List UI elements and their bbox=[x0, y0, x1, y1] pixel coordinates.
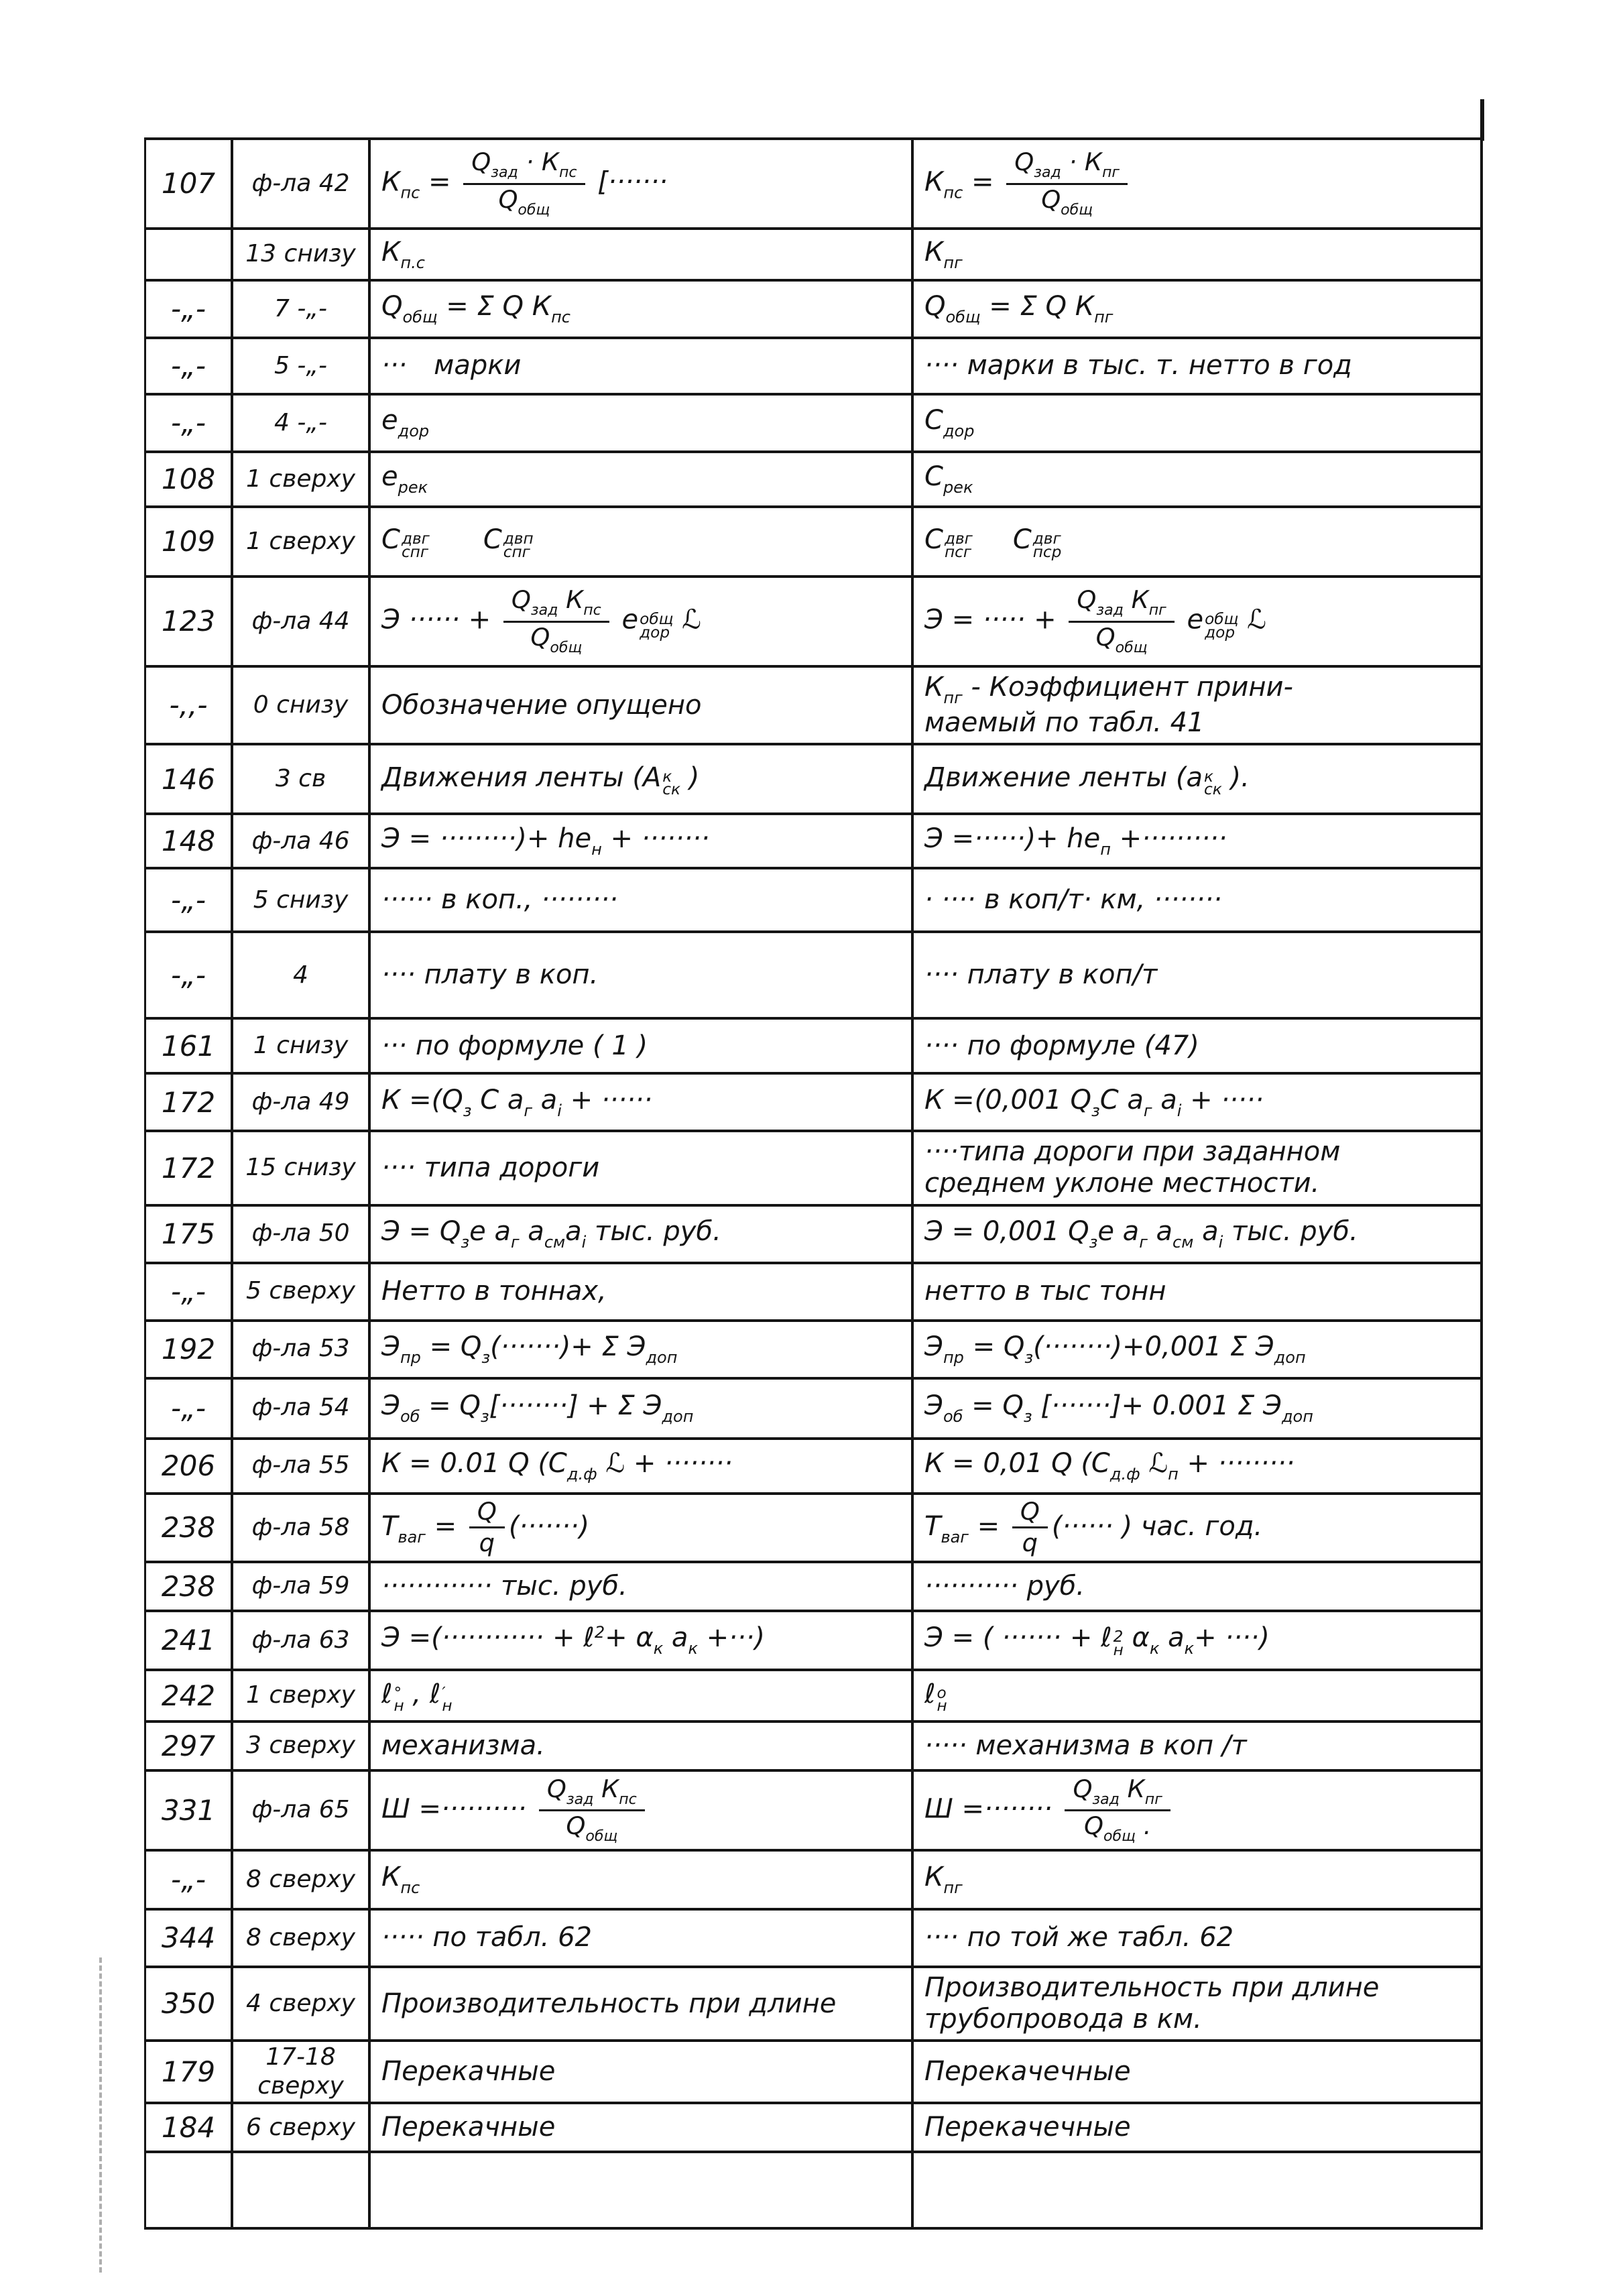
page-cell: 109 bbox=[146, 508, 233, 575]
line-cell-text: ф-ла 54 bbox=[251, 1394, 349, 1422]
printed-cell-text: Перекачные bbox=[381, 2112, 555, 2143]
page-cell-text: 241 bbox=[162, 1624, 215, 1657]
corrected-cell-text: ····· механизма в коп /т bbox=[924, 1730, 1247, 1762]
corrected-cell-text: Эпр = Qз(········)+0,001 Σ Эдоп bbox=[924, 1331, 1306, 1367]
printed-cell-text: Э =(············ + ℓ2+ αк ак +···) bbox=[381, 1622, 765, 1658]
printed-cell-text: Кпс bbox=[381, 1862, 420, 1897]
line-cell: ф-ла 42 bbox=[233, 140, 371, 227]
corrected-cell: Перекачечные bbox=[914, 2104, 1480, 2151]
corrected-cell: Qобщ = Σ Q Кпг bbox=[914, 282, 1480, 337]
line-cell: 7 -„- bbox=[233, 282, 371, 337]
corrected-cell: ····типа дороги при заданном среднем укл… bbox=[914, 1132, 1480, 1203]
line-cell: ф-ла 50 bbox=[233, 1207, 371, 1262]
page-cell: 148 bbox=[146, 815, 233, 867]
corrected-cell-text: Перекачечные bbox=[924, 2112, 1131, 2143]
corrected-cell: Производительность при длине трубопровод… bbox=[914, 1968, 1480, 2039]
page-cell-text: 192 bbox=[162, 1333, 215, 1366]
corrected-cell bbox=[914, 2153, 1480, 2227]
table-row: 1846 сверхуПерекачныеПерекачечные bbox=[146, 2102, 1480, 2151]
corrected-cell: · ···· в коп/т· км, ········ bbox=[914, 869, 1480, 930]
line-cell-text: ф-ла 42 bbox=[251, 170, 349, 198]
line-cell bbox=[233, 2153, 371, 2227]
line-cell-text: 4 сверху bbox=[246, 1990, 355, 2018]
table-row: 1081 сверхуерекСрек bbox=[146, 450, 1480, 505]
corrected-cell: Движение ленты (акск ). bbox=[914, 745, 1480, 812]
errata-table: 107ф-ла 42Кпс = Qзад · КпсQобщ [·······К… bbox=[144, 137, 1483, 2230]
page-cell-text: 297 bbox=[162, 1730, 215, 1763]
line-cell-text: ф-ла 49 bbox=[251, 1088, 349, 1116]
printed-cell: Эоб = Qз[········] + Σ Эдоп bbox=[371, 1380, 914, 1437]
page-cell-text: 172 bbox=[162, 1086, 215, 1120]
corrected-cell-text: Э = ····· + Qзад КпгQобщ еобщдор ℒ bbox=[924, 587, 1266, 655]
printed-cell bbox=[371, 2153, 914, 2227]
page-cell-text: 175 bbox=[162, 1217, 215, 1251]
table-row: 3448 сверху····· по табл. 62···· по той … bbox=[146, 1908, 1480, 1966]
line-cell-text: 5 -„- bbox=[274, 352, 327, 380]
printed-cell-text: Ш =·········· Qзад КпсQобщ bbox=[381, 1776, 649, 1844]
line-cell: ф-ла 46 bbox=[233, 815, 371, 867]
page-cell: 172 bbox=[146, 1132, 233, 1203]
printed-cell-text: Кп.с bbox=[381, 237, 425, 272]
printed-cell: ······ в коп., ········· bbox=[371, 869, 914, 930]
table-row: 2973 сверхумеханизма.····· механизма в к… bbox=[146, 1720, 1480, 1769]
printed-cell-text: ··· марки bbox=[381, 350, 521, 381]
page-cell: -„- bbox=[146, 396, 233, 450]
corrected-cell: Кпг bbox=[914, 1852, 1480, 1908]
line-cell: 4 -„- bbox=[233, 396, 371, 450]
page-cell-text: 108 bbox=[162, 463, 215, 496]
printed-cell: механизма. bbox=[371, 1723, 914, 1769]
corrected-cell: Э = ····· + Qзад КпгQобщ еобщдор ℒ bbox=[914, 578, 1480, 665]
table-row: -„-ф-ла 54Эоб = Qз[········] + Σ ЭдопЭоб… bbox=[146, 1377, 1480, 1437]
printed-cell: Сдвгспг Сдвпспг bbox=[371, 508, 914, 575]
page-cell-text: 179 bbox=[162, 2055, 215, 2089]
line-cell: ф-ла 53 bbox=[233, 1322, 371, 1377]
corrected-cell: Сдор bbox=[914, 396, 1480, 450]
line-cell-text: ф-ла 46 bbox=[251, 827, 349, 855]
page-cell-text: -„- bbox=[171, 1392, 206, 1425]
corrected-cell-text: Производительность при длине трубопровод… bbox=[924, 1972, 1379, 2035]
page-cell-text: 206 bbox=[162, 1449, 215, 1483]
table-row: 238ф-ла 58Тваг = Qq(·······)Тваг = Qq(··… bbox=[146, 1492, 1480, 1561]
page-cell: 241 bbox=[146, 1612, 233, 1669]
line-cell: 3 св bbox=[233, 745, 371, 812]
printed-cell-text: ℓ°н , ℓ′н bbox=[381, 1679, 453, 1713]
page-cell-text: 238 bbox=[162, 1511, 215, 1545]
printed-cell: Эпр = Qз(·······)+ Σ Эдоп bbox=[371, 1322, 914, 1377]
page-cell: 242 bbox=[146, 1671, 233, 1720]
line-cell: 1 сверху bbox=[233, 453, 371, 505]
table-row: 17215 снизу···· типа дороги····типа доро… bbox=[146, 1130, 1480, 1203]
printed-cell-text: Эпр = Qз(·······)+ Σ Эдоп bbox=[381, 1331, 677, 1367]
corrected-cell: К = 0,01 Q (Сд.ф ℒп + ········· bbox=[914, 1440, 1480, 1492]
table-row: 172ф-ла 49К =(Qз С аг аi + ······К =(0,0… bbox=[146, 1072, 1480, 1130]
page-cell-text: 184 bbox=[162, 2111, 215, 2144]
printed-cell: Перекачные bbox=[371, 2104, 914, 2151]
page-cell: 179 bbox=[146, 2042, 233, 2102]
line-cell: ф-ла 65 bbox=[233, 1772, 371, 1849]
line-cell: 1 сверху bbox=[233, 508, 371, 575]
printed-cell-text: Эоб = Qз[········] + Σ Эдоп bbox=[381, 1390, 693, 1426]
corrected-cell-text: ··········· руб. bbox=[924, 1571, 1085, 1602]
corrected-cell-text: ···· марки в тыс. т. нетто в год bbox=[924, 350, 1352, 381]
corrected-cell: ···· по той же табл. 62 bbox=[914, 1911, 1480, 1966]
corrected-cell-text: Qобщ = Σ Q Кпг bbox=[924, 291, 1113, 326]
printed-cell: Кпс bbox=[371, 1852, 914, 1908]
scanned-errata-page: 107ф-ла 42Кпс = Qзад · КпсQобщ [·······К… bbox=[0, 0, 1623, 2296]
printed-cell: Тваг = Qq(·······) bbox=[371, 1495, 914, 1561]
line-cell-text: 4 -„- bbox=[274, 409, 327, 437]
table-row: -„-5 сверхуНетто в тоннах,нетто в тыс то… bbox=[146, 1262, 1480, 1319]
page-cell: -„- bbox=[146, 282, 233, 337]
table-row: 241ф-ла 63Э =(············ + ℓ2+ αк ак +… bbox=[146, 1610, 1480, 1669]
printed-cell: Кп.с bbox=[371, 230, 914, 279]
printed-cell-text: Движения ленты (Акск ) bbox=[381, 762, 699, 796]
printed-cell-text: Нетто в тоннах, bbox=[381, 1276, 607, 1307]
printed-cell: ···· плату в коп. bbox=[371, 933, 914, 1017]
table-row: 107ф-ла 42Кпс = Qзад · КпсQобщ [·······К… bbox=[146, 140, 1480, 227]
line-cell: 5 снизу bbox=[233, 869, 371, 930]
table-row: 123ф-ла 44Э ······ + Qзад КпсQобщ еобщдо… bbox=[146, 575, 1480, 665]
page-cell: 146 bbox=[146, 745, 233, 812]
page-cell: -„- bbox=[146, 339, 233, 393]
printed-cell-text: ············· тыс. руб. bbox=[381, 1571, 627, 1602]
corrected-cell-text: Сдор bbox=[924, 405, 974, 440]
corrected-cell-text: Ш =········ Qзад КпгQобщ . bbox=[924, 1776, 1175, 1844]
page-cell-text: -„- bbox=[171, 1275, 206, 1309]
page-cell: -„- bbox=[146, 869, 233, 930]
table-row: 3504 сверхуПроизводительность при длинеП… bbox=[146, 1966, 1480, 2039]
printed-cell-text: К =(Qз С аг аi + ······ bbox=[381, 1085, 652, 1120]
printed-cell: Нетто в тоннах, bbox=[371, 1264, 914, 1319]
table-row: 206ф-ла 55К = 0.01 Q (Сд.ф ℒ + ········К… bbox=[146, 1437, 1480, 1492]
page-cell-text: -„- bbox=[171, 1863, 206, 1896]
table-row: -„-5 снизу······ в коп., ·········· ····… bbox=[146, 867, 1480, 930]
page-cell: 350 bbox=[146, 1968, 233, 2039]
line-cell-text: ф-ла 65 bbox=[251, 1796, 349, 1824]
printed-cell: Э ······ + Qзад КпсQобщ еобщдор ℒ bbox=[371, 578, 914, 665]
table-row: -„-5 -„-··· марки···· марки в тыс. т. не… bbox=[146, 337, 1480, 393]
page-cell bbox=[146, 2153, 233, 2227]
corrected-cell: Перекачечные bbox=[914, 2042, 1480, 2102]
corrected-cell: ···· по формуле (47) bbox=[914, 1020, 1480, 1072]
page-cell-text: -„- bbox=[171, 349, 206, 383]
page-cell: 238 bbox=[146, 1563, 233, 1610]
line-cell-text: 1 сверху bbox=[246, 528, 355, 556]
line-cell: ф-ла 58 bbox=[233, 1495, 371, 1561]
corrected-cell: нетто в тыс тонн bbox=[914, 1264, 1480, 1319]
printed-cell-text: Производительность при длине bbox=[381, 1988, 836, 2020]
corrected-cell: Кпс = Qзад · КпгQобщ bbox=[914, 140, 1480, 227]
line-cell: 8 сверху bbox=[233, 1911, 371, 1966]
page-cell: 344 bbox=[146, 1911, 233, 1966]
page-cell-text: 109 bbox=[162, 525, 215, 558]
line-cell-text: 3 св bbox=[276, 765, 326, 793]
printed-cell-text: Qобщ = Σ Q Кпс bbox=[381, 291, 570, 326]
page-edge-artifact bbox=[99, 1957, 102, 2273]
printed-cell-text: Тваг = Qq(·······) bbox=[381, 1499, 589, 1557]
printed-cell-text: ······ в коп., ········· bbox=[381, 884, 618, 916]
corrected-cell: Кпг bbox=[914, 230, 1480, 279]
line-cell-text: 1 снизу bbox=[253, 1032, 349, 1060]
page-cell-text: 331 bbox=[162, 1794, 215, 1827]
printed-cell: Э = Qзе аг асмаi тыс. руб. bbox=[371, 1207, 914, 1262]
corrected-cell-text: ···· по той же табл. 62 bbox=[924, 1922, 1234, 1953]
line-cell-text: 15 снизу bbox=[245, 1154, 355, 1182]
page-cell-text: 172 bbox=[162, 1152, 215, 1185]
line-cell: 4 сверху bbox=[233, 1968, 371, 2039]
line-cell: 0 снизу bbox=[233, 668, 371, 743]
table-row: 17917-18 сверхуПерекачныеПерекачечные bbox=[146, 2039, 1480, 2102]
printed-cell: Обозначение опущено bbox=[371, 668, 914, 743]
line-cell-text: 0 снизу bbox=[253, 691, 349, 719]
corrected-cell-text: К =(0,001 QзС аг аi + ····· bbox=[924, 1085, 1264, 1120]
page-cell-text: 146 bbox=[162, 763, 215, 796]
line-cell: ф-ла 54 bbox=[233, 1380, 371, 1437]
line-cell-text: ф-ла 58 bbox=[251, 1514, 349, 1542]
page-cell: 206 bbox=[146, 1440, 233, 1492]
line-cell-text: ф-ла 63 bbox=[251, 1626, 349, 1654]
page-cell: -„- bbox=[146, 1380, 233, 1437]
page-cell: 192 bbox=[146, 1322, 233, 1377]
corrected-cell-text: · ···· в коп/т· км, ········ bbox=[924, 884, 1222, 916]
line-cell: 15 снизу bbox=[233, 1132, 371, 1203]
printed-cell: Перекачные bbox=[371, 2042, 914, 2102]
table-row: 2421 сверхуℓ°н , ℓ′нℓон bbox=[146, 1669, 1480, 1720]
page-cell-text: 344 bbox=[162, 1921, 215, 1955]
corrected-cell-text: ····типа дороги при заданном среднем укл… bbox=[924, 1136, 1340, 1199]
printed-cell: Движения ленты (Акск ) bbox=[371, 745, 914, 812]
line-cell-text: 8 сверху bbox=[246, 1866, 355, 1894]
table-row: -,,-0 снизуОбозначение опущеноКпг - Коэф… bbox=[146, 665, 1480, 743]
page-cell: 175 bbox=[146, 1207, 233, 1262]
page-cell: 107 bbox=[146, 140, 233, 227]
table-row: 238ф-ла 59············· тыс. руб.·······… bbox=[146, 1561, 1480, 1610]
corrected-cell: Сдвгпсг Сдвгпср bbox=[914, 508, 1480, 575]
printed-cell: ··· по формуле ( 1 ) bbox=[371, 1020, 914, 1072]
line-cell: 13 снизу bbox=[233, 230, 371, 279]
line-cell-text: ф-ла 44 bbox=[251, 607, 349, 636]
printed-cell-text: едор bbox=[381, 405, 429, 440]
printed-cell: Производительность при длине bbox=[371, 1968, 914, 2039]
printed-cell: ℓ°н , ℓ′н bbox=[371, 1671, 914, 1720]
line-cell-text: 7 -„- bbox=[274, 295, 327, 323]
table-row: -„-4 -„-едорСдор bbox=[146, 393, 1480, 450]
corrected-cell: Тваг = Qq(······ ) час. год. bbox=[914, 1495, 1480, 1561]
printed-cell-text: ···· типа дороги bbox=[381, 1152, 599, 1184]
printed-cell-text: ··· по формуле ( 1 ) bbox=[381, 1030, 648, 1062]
page-cell-text: -,,- bbox=[169, 688, 207, 722]
table-row: 13 снизуКп.сКпг bbox=[146, 227, 1480, 279]
page-cell: 238 bbox=[146, 1495, 233, 1561]
table-row: 148ф-ла 46Э = ·········)+ hен + ········… bbox=[146, 812, 1480, 867]
page-cell-text: 350 bbox=[162, 1987, 215, 2020]
printed-cell: Э =(············ + ℓ2+ αк ак +···) bbox=[371, 1612, 914, 1669]
line-cell: 1 снизу bbox=[233, 1020, 371, 1072]
page-cell: 161 bbox=[146, 1020, 233, 1072]
printed-cell-text: Сдвгспг Сдвпспг bbox=[381, 524, 534, 558]
page-cell: -„- bbox=[146, 1264, 233, 1319]
corrected-cell: Ш =········ Qзад КпгQобщ . bbox=[914, 1772, 1480, 1849]
corrected-cell: ··········· руб. bbox=[914, 1563, 1480, 1610]
line-cell-text: 1 сверху bbox=[246, 465, 355, 493]
corrected-cell-text: Эоб = Qз [·······]+ 0.001 Σ Эдоп bbox=[924, 1390, 1313, 1426]
line-cell-text: 1 сверху bbox=[246, 1681, 355, 1709]
page-cell: 172 bbox=[146, 1075, 233, 1130]
line-cell: 17-18 сверху bbox=[233, 2042, 371, 2102]
line-cell: ф-ла 55 bbox=[233, 1440, 371, 1492]
table-row: 331ф-ла 65Ш =·········· Qзад КпсQобщШ =·… bbox=[146, 1769, 1480, 1849]
corrected-cell-text: Срек bbox=[924, 461, 973, 497]
printed-cell: Qобщ = Σ Q Кпс bbox=[371, 282, 914, 337]
printed-cell: ····· по табл. 62 bbox=[371, 1911, 914, 1966]
corrected-cell-text: ℓон bbox=[924, 1679, 947, 1713]
corrected-cell: ℓон bbox=[914, 1671, 1480, 1720]
corrected-cell: Срек bbox=[914, 453, 1480, 505]
corrected-cell: Э = 0,001 Qзе аг асм аi тыс. руб. bbox=[914, 1207, 1480, 1262]
printed-cell: Кпс = Qзад · КпсQобщ [······· bbox=[371, 140, 914, 227]
table-row: 175ф-ла 50Э = Qзе аг асмаi тыс. руб.Э = … bbox=[146, 1204, 1480, 1262]
printed-cell: ерек bbox=[371, 453, 914, 505]
printed-cell-text: Кпс = Qзад · КпсQобщ [······· bbox=[381, 149, 668, 217]
corrected-cell-text: ···· плату в коп/т bbox=[924, 959, 1157, 991]
page-cell: 184 bbox=[146, 2104, 233, 2151]
line-cell: 4 bbox=[233, 933, 371, 1017]
printed-cell-text: Перекачные bbox=[381, 2056, 555, 2088]
printed-cell-text: Э ······ + Qзад КпсQобщ еобщдор ℒ bbox=[381, 587, 701, 655]
page-cell-text: 238 bbox=[162, 1570, 215, 1604]
line-cell: 5 -„- bbox=[233, 339, 371, 393]
corrected-cell-text: нетто в тыс тонн bbox=[924, 1276, 1166, 1307]
corrected-cell: ···· плату в коп/т bbox=[914, 933, 1480, 1017]
printed-cell-text: Э = Qзе аг асмаi тыс. руб. bbox=[381, 1216, 721, 1252]
page-cell: -„- bbox=[146, 933, 233, 1017]
line-cell-text: 5 сверху bbox=[246, 1277, 355, 1305]
line-cell: 6 сверху bbox=[233, 2104, 371, 2151]
line-cell-text: 13 снизу bbox=[245, 240, 355, 268]
corrected-cell: К =(0,001 QзС аг аi + ····· bbox=[914, 1075, 1480, 1130]
corrected-cell-text: ···· по формуле (47) bbox=[924, 1030, 1199, 1062]
page-cell: -,,- bbox=[146, 668, 233, 743]
line-cell: ф-ла 63 bbox=[233, 1612, 371, 1669]
page-cell-text: -„- bbox=[171, 406, 206, 440]
page-cell-text: 107 bbox=[162, 167, 215, 200]
printed-cell: едор bbox=[371, 396, 914, 450]
empty-table-space bbox=[146, 2151, 1480, 2227]
page-scan-edge-mark bbox=[1480, 99, 1484, 141]
corrected-cell-text: Перекачечные bbox=[924, 2056, 1131, 2088]
printed-cell-text: ерек bbox=[381, 461, 428, 497]
line-cell-text: 4 bbox=[293, 961, 308, 989]
corrected-cell: Кпг - Коэффициент прини- маемый по табл.… bbox=[914, 668, 1480, 743]
printed-cell: ··· марки bbox=[371, 339, 914, 393]
printed-cell-text: Э = ·········)+ hен + ········ bbox=[381, 823, 709, 859]
corrected-cell-text: Движение ленты (акск ). bbox=[924, 762, 1250, 796]
table-row: 1091 сверхуСдвгспг СдвпспгСдвгпсг Сдвгпс… bbox=[146, 505, 1480, 575]
page-cell: 108 bbox=[146, 453, 233, 505]
line-cell-text: 6 сверху bbox=[246, 2114, 355, 2142]
page-cell: 297 bbox=[146, 1723, 233, 1769]
printed-cell: К = 0.01 Q (Сд.ф ℒ + ········ bbox=[371, 1440, 914, 1492]
line-cell-text: ф-ла 50 bbox=[251, 1219, 349, 1248]
line-cell-text: 8 сверху bbox=[246, 1924, 355, 1952]
printed-cell: К =(Qз С аг аi + ······ bbox=[371, 1075, 914, 1130]
corrected-cell-text: Э =······)+ hеп +·········· bbox=[924, 823, 1227, 859]
line-cell-text: 17-18 сверху bbox=[257, 2043, 344, 2100]
line-cell: 8 сверху bbox=[233, 1852, 371, 1908]
page-cell: 331 bbox=[146, 1772, 233, 1849]
corrected-cell-text: Э = ( ······· + ℓ2н αк ак+ ····) bbox=[924, 1622, 1270, 1658]
line-cell: ф-ла 44 bbox=[233, 578, 371, 665]
corrected-cell-text: Э = 0,001 Qзе аг асм аi тыс. руб. bbox=[924, 1216, 1358, 1252]
line-cell: 3 сверху bbox=[233, 1723, 371, 1769]
line-cell-text: ф-ла 59 bbox=[251, 1572, 349, 1600]
corrected-cell: ···· марки в тыс. т. нетто в год bbox=[914, 339, 1480, 393]
line-cell-text: 5 снизу bbox=[253, 886, 349, 914]
line-cell: ф-ла 49 bbox=[233, 1075, 371, 1130]
corrected-cell-text: Кпг bbox=[924, 237, 963, 272]
printed-cell-text: К = 0.01 Q (Сд.ф ℒ + ········ bbox=[381, 1448, 733, 1484]
printed-cell-text: ···· плату в коп. bbox=[381, 959, 598, 991]
corrected-cell: Эоб = Qз [·······]+ 0.001 Σ Эдоп bbox=[914, 1380, 1480, 1437]
corrected-cell-text: Тваг = Qq(······ ) час. год. bbox=[924, 1499, 1262, 1557]
table-row: 1611 снизу··· по формуле ( 1 )···· по фо… bbox=[146, 1017, 1480, 1072]
page-cell bbox=[146, 230, 233, 279]
line-cell-text: ф-ла 55 bbox=[251, 1451, 349, 1479]
table-row: 192ф-ла 53Эпр = Qз(·······)+ Σ ЭдопЭпр =… bbox=[146, 1319, 1480, 1377]
printed-cell: Э = ·········)+ hен + ········ bbox=[371, 815, 914, 867]
corrected-cell: Э =······)+ hеп +·········· bbox=[914, 815, 1480, 867]
corrected-cell: Эпр = Qз(········)+0,001 Σ Эдоп bbox=[914, 1322, 1480, 1377]
line-cell: 1 сверху bbox=[233, 1671, 371, 1720]
corrected-cell-text: Кпг - Коэффициент прини- маемый по табл.… bbox=[924, 672, 1293, 739]
printed-cell-text: ····· по табл. 62 bbox=[381, 1922, 592, 1953]
corrected-cell-text: Кпг bbox=[924, 1862, 963, 1897]
table-row: -„-4···· плату в коп.···· плату в коп/т bbox=[146, 930, 1480, 1017]
page-cell-text: -„- bbox=[171, 292, 206, 326]
corrected-cell: ····· механизма в коп /т bbox=[914, 1723, 1480, 1769]
table-row: 1463 свДвижения ленты (Акск )Движение ле… bbox=[146, 743, 1480, 812]
line-cell: ф-ла 59 bbox=[233, 1563, 371, 1610]
printed-cell-text: Обозначение опущено bbox=[381, 690, 701, 721]
page-cell-text: 123 bbox=[162, 605, 215, 638]
table-row: -„-8 сверхуКпсКпг bbox=[146, 1849, 1480, 1908]
line-cell: 5 сверху bbox=[233, 1264, 371, 1319]
table-row: -„-7 -„-Qобщ = Σ Q КпсQобщ = Σ Q Кпг bbox=[146, 279, 1480, 337]
page-cell: -„- bbox=[146, 1852, 233, 1908]
corrected-cell-text: К = 0,01 Q (Сд.ф ℒп + ········· bbox=[924, 1448, 1295, 1484]
line-cell-text: ф-ла 53 bbox=[251, 1335, 349, 1363]
corrected-cell: Э = ( ······· + ℓ2н αк ак+ ····) bbox=[914, 1612, 1480, 1669]
page-cell-text: -„- bbox=[171, 959, 206, 992]
corrected-cell-text: Кпс = Qзад · КпгQобщ bbox=[924, 149, 1132, 217]
page-cell-text: 148 bbox=[162, 825, 215, 858]
printed-cell: ············· тыс. руб. bbox=[371, 1563, 914, 1610]
printed-cell: Ш =·········· Qзад КпсQобщ bbox=[371, 1772, 914, 1849]
page-cell-text: -„- bbox=[171, 884, 206, 917]
line-cell-text: 3 сверху bbox=[246, 1732, 355, 1760]
page-cell: 123 bbox=[146, 578, 233, 665]
corrected-cell-text: Сдвгпсг Сдвгпср bbox=[924, 524, 1061, 558]
printed-cell-text: механизма. bbox=[381, 1730, 545, 1762]
page-cell-text: 242 bbox=[162, 1679, 215, 1713]
page-cell-text: 161 bbox=[162, 1030, 215, 1063]
printed-cell: ···· типа дороги bbox=[371, 1132, 914, 1203]
